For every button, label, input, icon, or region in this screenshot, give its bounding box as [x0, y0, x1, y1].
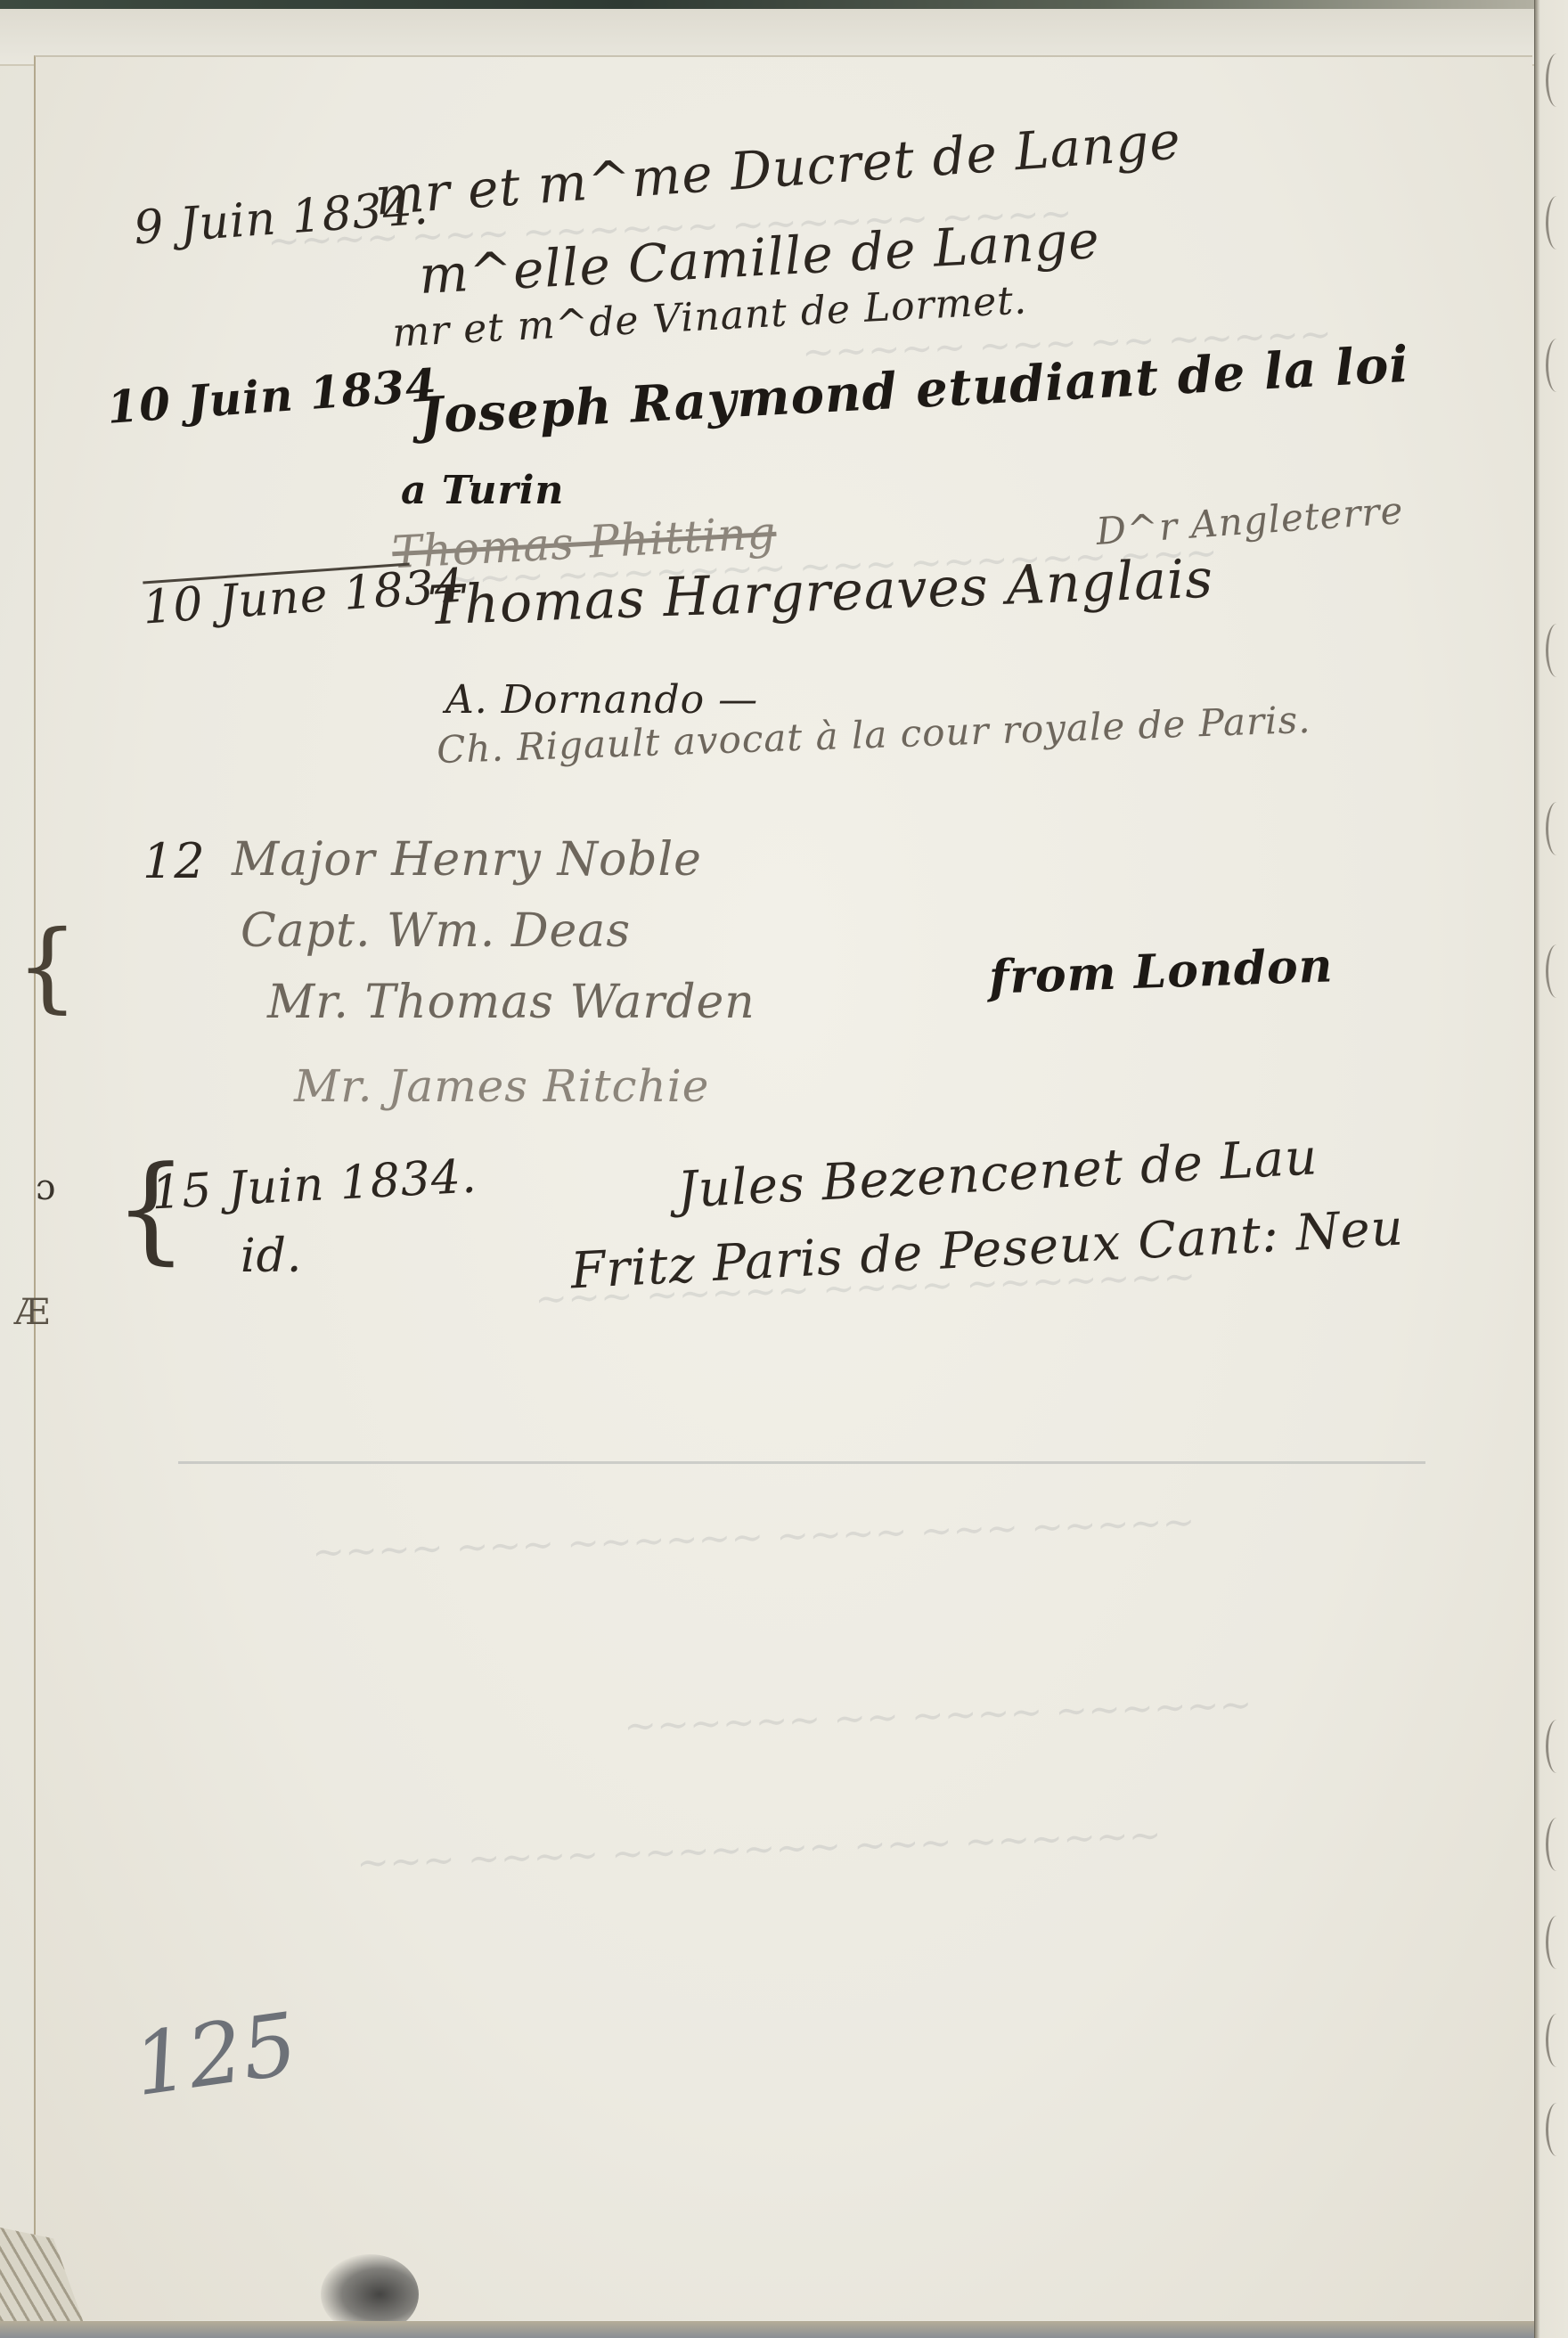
adjacent-page-script [1546, 2014, 1568, 2067]
adjacent-page-script [1546, 802, 1568, 855]
entry-date: id. [241, 1230, 302, 1283]
adjacent-page-script [1546, 196, 1568, 249]
adjacent-page-script [1546, 1916, 1568, 1969]
adjacent-page-script [1546, 2103, 1568, 2156]
adjacent-page-script [1546, 624, 1568, 677]
adjacent-page-script [1546, 53, 1568, 107]
margin-tick: ɔ [36, 1167, 55, 1208]
page-bottom-edge [0, 2321, 1534, 2338]
adjacent-page-script [1546, 1818, 1568, 1871]
margin-brace: { [16, 909, 78, 1023]
manuscript-scan: ~~~~ ~~~ ~~~~~~ ~~~~~~ ~~~~ ~~~~~ ~~~ ~~… [0, 0, 1568, 2338]
entry-date: 12 [143, 833, 206, 889]
adjacent-page-script [1546, 944, 1568, 998]
pencil-guide-line [178, 1461, 1425, 1464]
entry-name-line: Mr. James Ritchie [294, 1060, 709, 1112]
entry-name-line: Mr. Thomas Warden [267, 976, 755, 1029]
entry-place-line: a Turin [401, 468, 564, 513]
entry-name-line: Capt. Wm. Deas [241, 904, 631, 958]
margin-ae-mark: Æ [14, 1292, 50, 1333]
entry-name-line: A. Dornando — [445, 677, 758, 723]
adjacent-page-script [1546, 339, 1568, 392]
entry-name-line: Major Henry Noble [232, 833, 702, 887]
adjacent-page-script [1546, 1720, 1568, 1773]
